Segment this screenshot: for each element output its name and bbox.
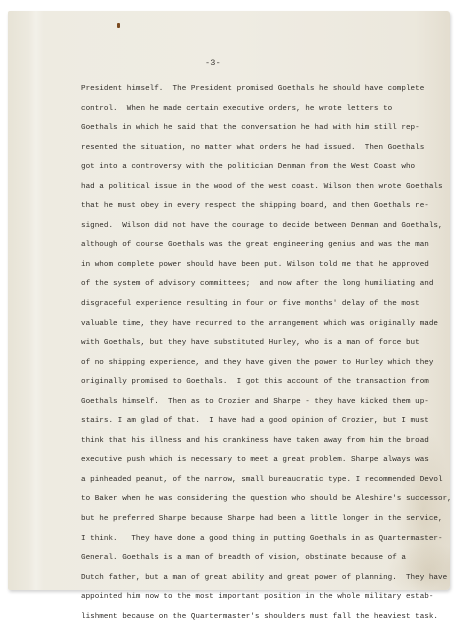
text-line: in whom complete power should have been … <box>81 256 453 276</box>
text-line: resented the situation, no matter what o… <box>81 139 453 159</box>
typewritten-body: President himself. The President promise… <box>81 80 453 602</box>
page-number: -3- <box>205 58 221 68</box>
text-line: of the system of advisory committees; an… <box>81 275 453 295</box>
text-line: but he preferred Sharpe because Sharpe h… <box>81 510 453 530</box>
text-line: think that his illness and his crankines… <box>81 432 453 452</box>
text-line: General. Goethals is a man of breadth of… <box>81 549 453 569</box>
text-line: valuable time, they have recurred to the… <box>81 315 453 335</box>
text-line: executive push which is necessary to mee… <box>81 451 453 471</box>
ink-stain <box>117 23 120 28</box>
text-line: Goethals in which he said that the conve… <box>81 119 453 139</box>
text-line: disgraceful experience resulting in four… <box>81 295 453 315</box>
text-line: control. When he made certain executive … <box>81 100 453 120</box>
text-line: to Baker when he was considering the que… <box>81 490 453 510</box>
text-line: had a political issue in the wood of the… <box>81 178 453 198</box>
text-line: that he must obey in every respect the s… <box>81 197 453 217</box>
text-line: with Goethals, but they have substituted… <box>81 334 453 354</box>
text-line: Dutch father, but a man of great ability… <box>81 569 453 589</box>
text-line: signed. Wilson did not have the courage … <box>81 217 453 237</box>
text-line: President himself. The President promise… <box>81 80 453 100</box>
text-line: originally promised to Goethals. I got t… <box>81 373 453 393</box>
text-line: I think. They have done a good thing in … <box>81 530 453 550</box>
text-line: got into a controversy with the politici… <box>81 158 453 178</box>
text-line: of no shipping experience, and they have… <box>81 354 453 374</box>
text-line: Goethals himself. Then as to Crozier and… <box>81 393 453 413</box>
text-line: a pinheaded peanut, of the narrow, small… <box>81 471 453 491</box>
text-line: appointed him now to the most important … <box>81 588 453 602</box>
text-line: although of course Goethals was the grea… <box>81 236 453 256</box>
document-page: -3- President himself. The President pro… <box>8 11 450 590</box>
text-line: stairs. I am glad of that. I have had a … <box>81 412 453 432</box>
